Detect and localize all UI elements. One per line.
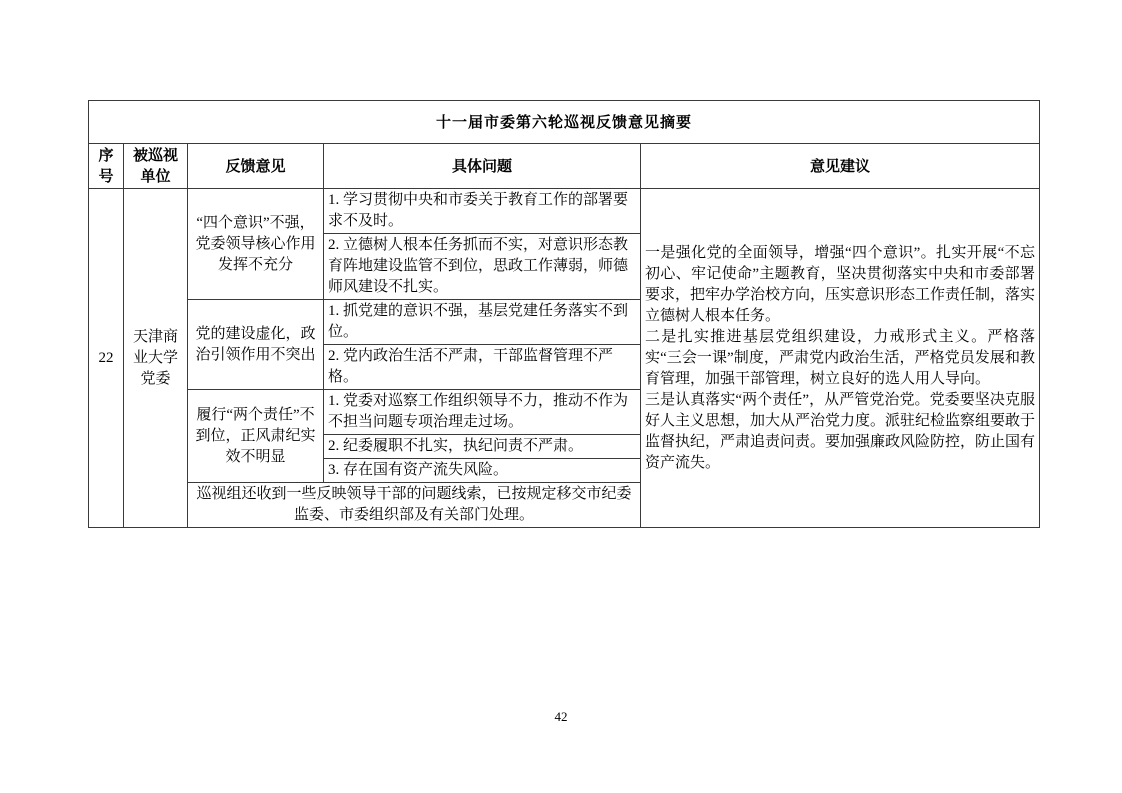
seq-number-cell: 22 bbox=[89, 189, 124, 528]
column-header-problems: 具体问题 bbox=[324, 144, 641, 189]
clues-note-cell: 巡视组还收到一些反映领导干部的问题线索，已按规定移交市纪委监委、市委组织部及有关… bbox=[188, 483, 641, 528]
problem-item: 3. 存在国有资产流失风险。 bbox=[324, 459, 641, 483]
table-row: 序号 被巡视单位 反馈意见 具体问题 意见建议 bbox=[89, 144, 1040, 189]
problem-item: 2. 党内政治生活不严肃，干部监督管理不严格。 bbox=[324, 345, 641, 390]
problem-item: 2. 纪委履职不扎实，执纪问责不严肃。 bbox=[324, 435, 641, 459]
feedback-group-2: 党的建设虚化，政治引领作用不突出 bbox=[188, 300, 324, 390]
table-title: 十一届市委第六轮巡视反馈意见摘要 bbox=[89, 101, 1040, 144]
document-page: 十一届市委第六轮巡视反馈意见摘要 序号 被巡视单位 反馈意见 具体问题 意见建议… bbox=[0, 0, 1122, 793]
column-header-feedback: 反馈意见 bbox=[188, 144, 324, 189]
table-row: 22 天津商业大学党委 “四个意识”不强，党委领导核心作用发挥不充分 1. 学习… bbox=[89, 189, 1040, 234]
suggestions-cell: 一是强化党的全面领导，增强“四个意识”。扎实开展“不忘初心、牢记使命”主题教育，… bbox=[641, 189, 1040, 528]
feedback-group-3: 履行“两个责任”不到位，正风肃纪实效不明显 bbox=[188, 390, 324, 483]
table-row: 十一届市委第六轮巡视反馈意见摘要 bbox=[89, 101, 1040, 144]
problem-item: 1. 党委对巡察工作组织领导不力，推动不作为不担当问题专项治理走过场。 bbox=[324, 390, 641, 435]
problem-item: 1. 学习贯彻中央和市委关于教育工作的部署要求不及时。 bbox=[324, 189, 641, 234]
inspection-feedback-table: 十一届市委第六轮巡视反馈意见摘要 序号 被巡视单位 反馈意见 具体问题 意见建议… bbox=[88, 100, 1040, 528]
column-header-unit: 被巡视单位 bbox=[124, 144, 188, 189]
problem-item: 2. 立德树人根本任务抓而不实，对意识形态教育阵地建设监管不到位，思政工作薄弱，… bbox=[324, 234, 641, 300]
page-number: 42 bbox=[0, 709, 1122, 725]
feedback-group-1: “四个意识”不强，党委领导核心作用发挥不充分 bbox=[188, 189, 324, 300]
column-header-seq: 序号 bbox=[89, 144, 124, 189]
column-header-suggestions: 意见建议 bbox=[641, 144, 1040, 189]
problem-item: 1. 抓党建的意识不强，基层党建任务落实不到位。 bbox=[324, 300, 641, 345]
inspected-unit-cell: 天津商业大学党委 bbox=[124, 189, 188, 528]
